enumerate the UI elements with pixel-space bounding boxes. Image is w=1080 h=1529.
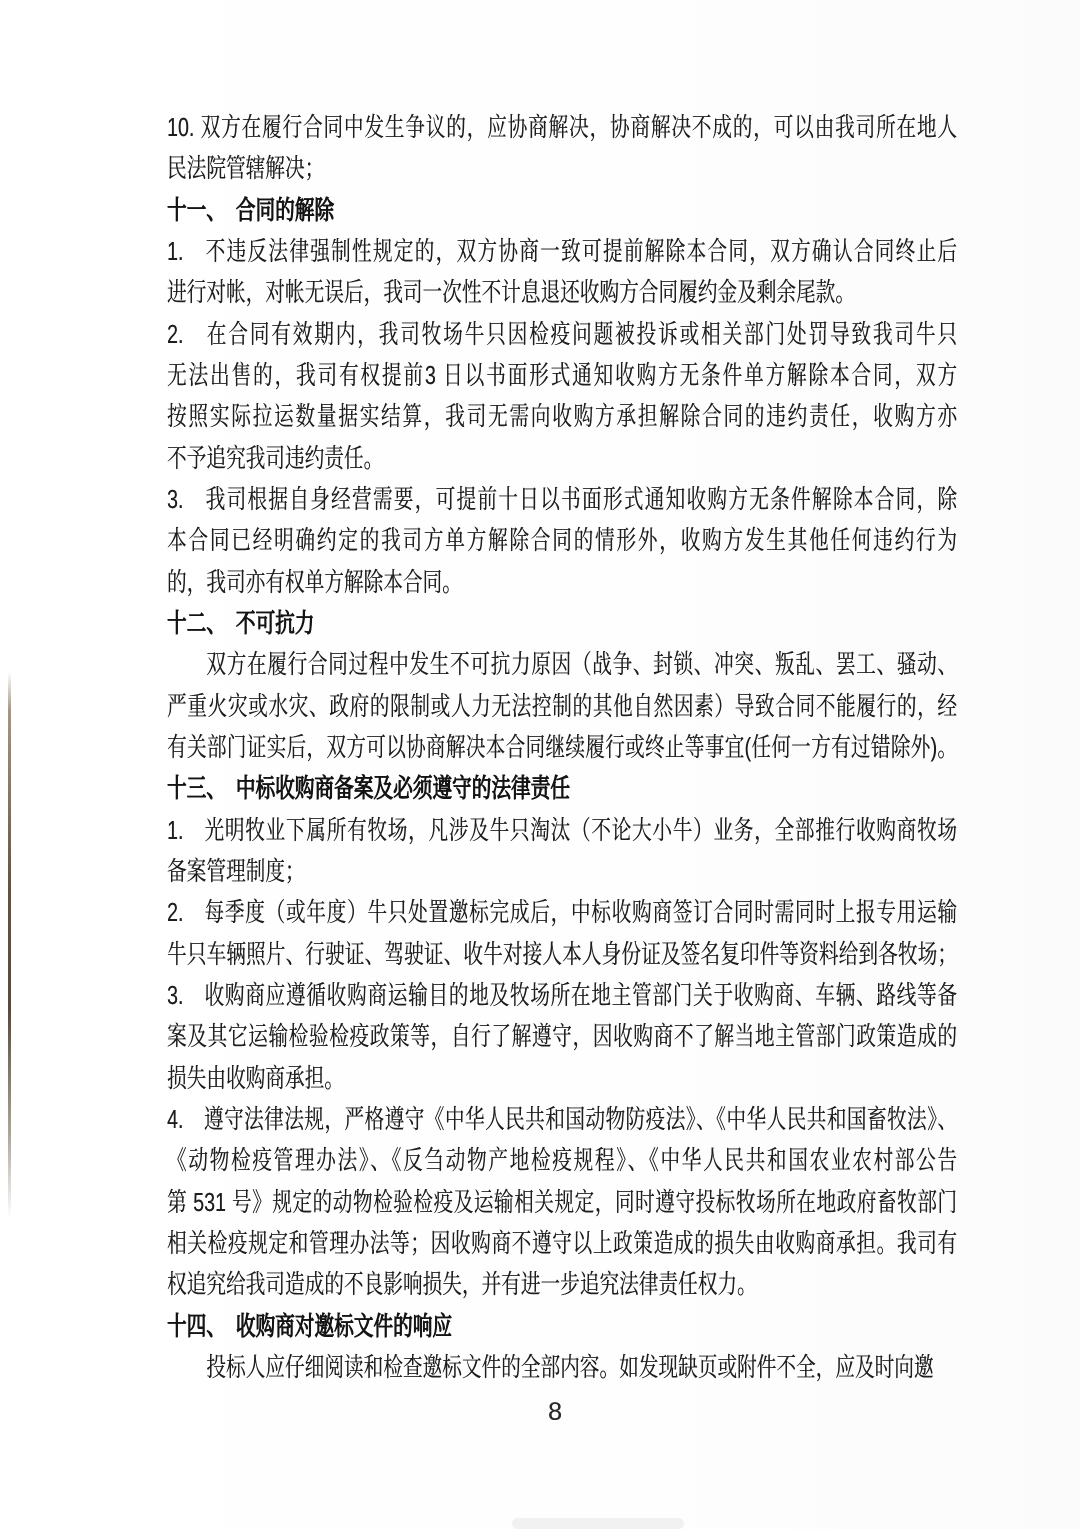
scan-artifact-line (8, 672, 11, 1218)
text-line: 无法出售的，我司有权提前3 日以书面形式通知收购方无条件单方解除本合同，双方 (167, 355, 957, 396)
text-line: 损失由收购商承担。 (167, 1058, 957, 1099)
text-line: 相关检疫规定和管理办法等；因收购商不遵守以上政策造成的损失由收购商承担。我司有 (167, 1223, 957, 1264)
text-line: 不予追究我司违约责任。 (167, 438, 957, 479)
text-line: 备案管理制度； (167, 851, 957, 892)
page-number: 8 (548, 1398, 562, 1426)
text-line: 1. 不违反法律强制性规定的，双方协商一致可提前解除本合同，双方确认合同终止后 (167, 231, 957, 272)
text-line: 2. 在合同有效期内，我司牧场牛只因检疫问题被投诉或相关部门处罚导致我司牛只 (167, 314, 957, 355)
text-line: 本合同已经明确约定的我司方单方解除合同的情形外，收购方发生其他任何违约行为 (167, 520, 957, 561)
text-line: 1. 光明牧业下属所有牧场，凡涉及牛只淘汰（不论大小牛）业务，全部推行收购商牧场 (167, 810, 957, 851)
text-line: 有关部门证实后，双方可以协商解决本合同继续履行或终止等事宜(任何一方有过错除外)… (167, 727, 957, 768)
section-heading: 十二、 不可抗力 (167, 603, 957, 644)
text-line: 进行对帐，对帐无误后，我司一次性不计息退还收购方合同履约金及剩余尾款。 (167, 272, 957, 313)
text-line: 权追究给我司造成的不良影响损失，并有进一步追究法律责任权力。 (167, 1264, 957, 1305)
text-line: 4. 遵守法律法规，严格遵守《中华人民共和国动物防疫法》、《中华人民共和国畜牧法… (167, 1099, 957, 1140)
text-line: 案及其它运输检验检疫政策等，自行了解遵守，因收购商不了解当地主管部门政策造成的 (167, 1016, 957, 1057)
text-line: 《动物检疫管理办法》、《反刍动物产地检疫规程》、《中华人民共和国农业农村部公告 (167, 1140, 957, 1181)
text-line: 的，我司亦有权单方解除本合同。 (167, 562, 957, 603)
document-page: 10. 双方在履行合同中发生争议的，应协商解决，协商解决不成的，可以由我司所在地… (0, 0, 1080, 1529)
text-line: 严重火灾或水灾、政府的限制或人力无法控制的其他自然因素）导致合同不能履行的，经 (167, 686, 957, 727)
section-heading: 十一、 合同的解除 (167, 190, 957, 231)
text-line: 3. 收购商应遵循收购商运输目的地及牧场所在地主管部门关于收购商、车辆、路线等备 (167, 975, 957, 1016)
section-heading: 十三、 中标收购商备案及必须遵守的法律责任 (167, 768, 957, 809)
text-line: 双方在履行合同过程中发生不可抗力原因（战争、封锁、冲突、叛乱、罢工、骚动、 (167, 644, 957, 685)
text-line: 2. 每季度（或年度）牛只处置邀标完成后，中标收购商签订合同时需同时上报专用运输 (167, 892, 957, 933)
text-line: 第 531 号》规定的动物检验检疫及运输相关规定，同时遵守投标牧场所在地政府畜牧… (167, 1182, 957, 1223)
section-heading: 十四、 收购商对邀标文件的响应 (167, 1306, 957, 1347)
text-line: 牛只车辆照片、行驶证、驾驶证、收牛对接人本人身份证及签名复印件等资料给到各牧场； (167, 934, 957, 975)
document-text: 10. 双方在履行合同中发生争议的，应协商解决，协商解决不成的，可以由我司所在地… (167, 107, 957, 1388)
scan-artifact-bar (512, 1518, 684, 1529)
text-line: 按照实际拉运数量据实结算，我司无需向收购方承担解除合同的违约责任，收购方亦 (167, 396, 957, 437)
text-line: 投标人应仔细阅读和检查邀标文件的全部内容。如发现缺页或附件不全，应及时向邀 (167, 1347, 957, 1388)
text-line: 10. 双方在履行合同中发生争议的，应协商解决，协商解决不成的，可以由我司所在地… (167, 107, 957, 148)
text-line: 3. 我司根据自身经营需要，可提前十日以书面形式通知收购方无条件解除本合同，除 (167, 479, 957, 520)
text-line: 民法院管辖解决； (167, 148, 957, 189)
